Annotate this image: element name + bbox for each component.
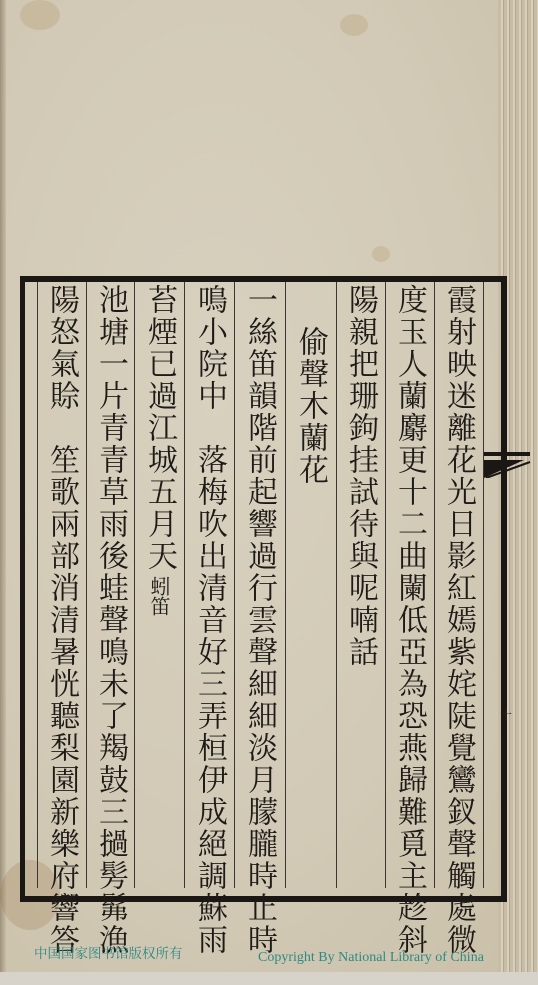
column-rule — [483, 282, 484, 888]
column-rule — [234, 282, 235, 888]
text-column-6: 鳴小院中 落梅吹出清音好三弄桓伊成絕調蘇雨 — [189, 284, 229, 884]
copyright-en: Copyright By National Library of China — [258, 950, 484, 966]
column-7-main: 苔煙已過江城五月天 — [142, 284, 177, 572]
text-column-9: 陽怒氣賒 笙歌兩部消清暑恍聽梨園新樂府響答 — [41, 284, 81, 884]
paper-stain — [340, 14, 368, 36]
page-binding-edge — [0, 0, 6, 985]
text-column-8: 池塘一片青青草雨後蛙聲鳴未了羯鼓三撾髣髴漁 — [90, 284, 130, 884]
column-rule — [285, 282, 286, 888]
scan-bottom-border — [0, 972, 538, 985]
text-column-7: 苔煙已過江城五月天蚓笛 — [139, 284, 179, 884]
fish-tail-marker-icon — [484, 452, 534, 478]
column-rule — [184, 282, 185, 888]
text-column-3: 陽親把珊鉤挂試待與呢喃話 — [340, 284, 380, 884]
poem-title: 偷聲木蘭花 — [290, 326, 330, 926]
margin-page-mark: 十 — [500, 706, 536, 720]
column-rule — [134, 282, 135, 888]
paper-stain — [20, 0, 60, 30]
copyright-cn: 中国国家图书馆版权所有 — [34, 942, 183, 962]
column-rule — [37, 282, 38, 888]
text-column-2: 度玉人蘭麝更十二曲闌低亞為恐燕歸難覓主趁斜 — [389, 284, 429, 884]
text-column-5: 一絲笛韻階前起響過行雲聲細細淡月朦朧時止時 — [239, 284, 279, 884]
annotation-note: 蚓笛 — [147, 576, 171, 616]
column-rule — [434, 282, 435, 888]
text-column-1: 霞射映迷離花光日影紅嫣紫姹陡覺鸞釵聲觸處微 — [438, 284, 478, 884]
paper-stain — [372, 246, 390, 262]
column-rule — [86, 282, 87, 888]
column-rule — [385, 282, 386, 888]
column-rule — [336, 282, 337, 888]
